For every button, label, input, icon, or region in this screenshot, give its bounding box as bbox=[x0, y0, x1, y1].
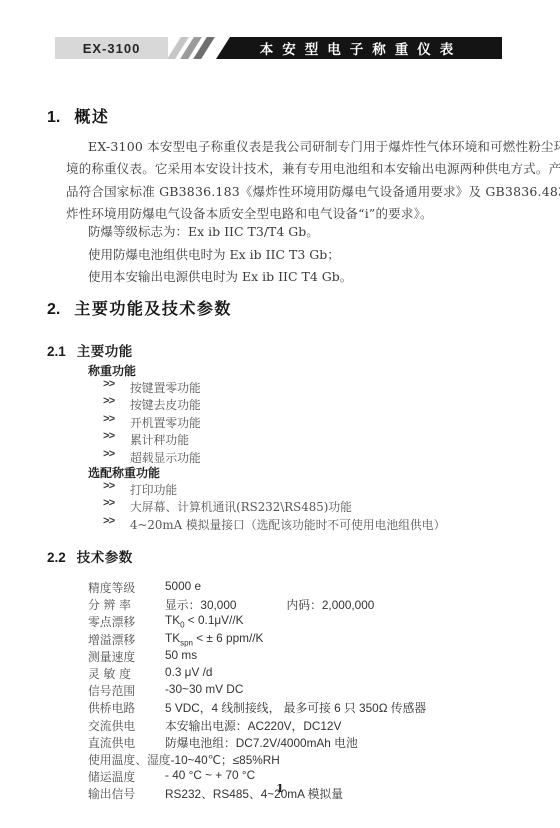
weighing-functions-group-title: 称重功能 bbox=[88, 362, 136, 379]
section-title: 主要功能及技术参数 bbox=[74, 301, 232, 318]
spec-value: 本安输出电源：AC220V，DC12V bbox=[165, 717, 528, 734]
spec-value: 0.3 μV /d bbox=[165, 665, 528, 682]
section-2-2-heading: 2.2技术参数 bbox=[47, 546, 133, 566]
chevron-bullet-icon: >> bbox=[103, 396, 130, 408]
specs-table: 精度等级5000 e分 辨 率显示：30,000内码：2,000,000零点漂移… bbox=[88, 579, 528, 802]
spec-row: 使用温度、湿度-10~40℃；≤85%RH bbox=[88, 751, 528, 768]
spec-label: 使用温度、湿度 bbox=[88, 751, 171, 768]
section-2-1-heading: 2.1主要功能 bbox=[47, 340, 133, 360]
function-list-item: >>按键置零功能 bbox=[103, 379, 201, 396]
spec-value: 5000 e bbox=[165, 579, 528, 596]
section-number: 2. bbox=[47, 301, 60, 318]
diagonal-stripes-icon bbox=[168, 37, 216, 59]
section-number: 1. bbox=[47, 109, 60, 126]
function-label: 4~20mA 模拟量接口（选配该功能时不可使用电池组供电） bbox=[130, 516, 445, 533]
note-line: 使用本安输出电源供电时为 Ex ib IIC T4 Gb。 bbox=[88, 266, 352, 289]
function-label: 累计秤功能 bbox=[130, 431, 189, 448]
function-label: 打印功能 bbox=[130, 481, 177, 498]
function-label: 开机置零功能 bbox=[130, 414, 201, 431]
paragraph-line: 境的称重仪表。它采用本安设计技术，兼有专用电池组和本安输出电源两种供电方式。产 bbox=[66, 158, 526, 180]
chevron-bullet-icon: >> bbox=[103, 481, 130, 493]
function-list-item: >>4~20mA 模拟量接口（选配该功能时不可使用电池组供电） bbox=[103, 516, 445, 533]
note-line: 使用防爆电池组供电时为 Ex ib IIC T3 Gb； bbox=[88, 244, 352, 267]
spec-value: -10~40℃；≤85%RH bbox=[171, 751, 528, 768]
section-number: 2.1 bbox=[47, 344, 66, 359]
section-title: 概述 bbox=[74, 109, 109, 126]
chevron-bullet-icon: >> bbox=[103, 449, 130, 461]
spec-row: 交流供电本安输出电源：AC220V，DC12V bbox=[88, 717, 528, 734]
spec-value: 防爆电池组：DC7.2V/4000mAh 电池 bbox=[165, 734, 528, 751]
function-list-item: >>开机置零功能 bbox=[103, 414, 201, 431]
function-list-item: >>打印功能 bbox=[103, 481, 445, 498]
paragraph-line: 品符合国家标准 GB3836.183《爆炸性环境用防爆电气设备通用要求》及 GB… bbox=[66, 181, 526, 203]
spec-value: 显示：30,000内码：2,000,000 bbox=[165, 596, 528, 613]
chevron-bullet-icon: >> bbox=[103, 431, 130, 443]
spec-label: 精度等级 bbox=[88, 579, 165, 596]
chevron-bullet-icon: >> bbox=[103, 498, 130, 510]
note-line: 防爆等级标志为：Ex ib IIC T3/T4 Gb。 bbox=[88, 221, 352, 244]
spec-label: 测量速度 bbox=[88, 648, 165, 665]
chevron-bullet-icon: >> bbox=[103, 516, 130, 528]
spec-row: 测量速度50 ms bbox=[88, 648, 528, 665]
spec-label: 增溢漂移 bbox=[88, 631, 165, 648]
spec-label: 分 辨 率 bbox=[88, 596, 165, 613]
spec-row: 精度等级5000 e bbox=[88, 579, 528, 596]
spec-label: 直流供电 bbox=[88, 734, 165, 751]
function-label: 按键置零功能 bbox=[130, 379, 201, 396]
spec-row: 信号范围-30~30 mV DC bbox=[88, 682, 528, 699]
paragraph-line: EX-3100 本安型电子称重仪表是我公司研制专门用于爆炸性气体环境和可燃性粉尘… bbox=[66, 136, 526, 158]
optional-functions-group-title: 选配称重功能 bbox=[88, 464, 160, 481]
spec-label: 零点漂移 bbox=[88, 613, 165, 630]
spec-label: 交流供电 bbox=[88, 717, 165, 734]
optional-function-list: >>打印功能>>大屏幕、计算机通讯(RS232\RS485)功能>>4~20mA… bbox=[103, 481, 445, 533]
spec-row: 增溢漂移TKspn < ± 6 ppm//K bbox=[88, 631, 528, 648]
section-title: 主要功能 bbox=[77, 344, 133, 359]
section-2-heading: 2.主要功能及技术参数 bbox=[47, 296, 232, 319]
spec-row: 灵 敏 度0.3 μV /d bbox=[88, 665, 528, 682]
spec-value: -30~30 mV DC bbox=[165, 682, 528, 699]
spec-row: 零点漂移TK0 < 0.1μV//K bbox=[88, 613, 528, 630]
spec-label: 供桥电路 bbox=[88, 699, 165, 716]
chevron-bullet-icon: >> bbox=[103, 414, 130, 426]
document-page: EX-3100 本安型电子称重仪表 1.概述 EX-3100 本安型电子称重仪表… bbox=[0, 0, 560, 828]
function-label: 超载显示功能 bbox=[130, 449, 201, 466]
header-title-bar: 本安型电子称重仪表 bbox=[216, 37, 502, 59]
overview-paragraph: EX-3100 本安型电子称重仪表是我公司研制专门用于爆炸性气体环境和可燃性粉尘… bbox=[66, 136, 526, 225]
weighing-function-list: >>按键置零功能>>按键去皮功能>>开机置零功能>>累计秤功能>>超载显示功能 bbox=[103, 379, 201, 466]
spec-row: 直流供电防爆电池组：DC7.2V/4000mAh 电池 bbox=[88, 734, 528, 751]
section-title: 技术参数 bbox=[77, 550, 133, 565]
spec-value: TK0 < 0.1μV//K bbox=[165, 613, 528, 630]
section-1-heading: 1.概述 bbox=[47, 104, 109, 127]
function-list-item: >>大屏幕、计算机通讯(RS232\RS485)功能 bbox=[103, 498, 445, 515]
spec-row: 供桥电路5 VDC，4 线制接线， 最多可接 6 只 350Ω 传感器 bbox=[88, 699, 528, 716]
function-label: 大屏幕、计算机通讯(RS232\RS485)功能 bbox=[130, 498, 352, 515]
function-label: 按键去皮功能 bbox=[130, 396, 201, 413]
page-number: 1 bbox=[0, 781, 560, 795]
spec-label: 灵 敏 度 bbox=[88, 665, 165, 682]
explosion-proof-notes: 防爆等级标志为：Ex ib IIC T3/T4 Gb。 使用防爆电池组供电时为 … bbox=[88, 221, 352, 289]
page-header: EX-3100 本安型电子称重仪表 bbox=[55, 37, 502, 59]
function-list-item: >>累计秤功能 bbox=[103, 431, 201, 448]
spec-value: 50 ms bbox=[165, 648, 528, 665]
spec-value: 5 VDC，4 线制接线， 最多可接 6 只 350Ω 传感器 bbox=[165, 699, 528, 716]
spec-label: 信号范围 bbox=[88, 682, 165, 699]
spec-value: TKspn < ± 6 ppm//K bbox=[165, 631, 528, 648]
function-list-item: >>按键去皮功能 bbox=[103, 396, 201, 413]
model-badge: EX-3100 bbox=[55, 37, 168, 59]
section-number: 2.2 bbox=[47, 550, 66, 565]
chevron-bullet-icon: >> bbox=[103, 379, 130, 391]
spec-row: 分 辨 率显示：30,000内码：2,000,000 bbox=[88, 596, 528, 613]
